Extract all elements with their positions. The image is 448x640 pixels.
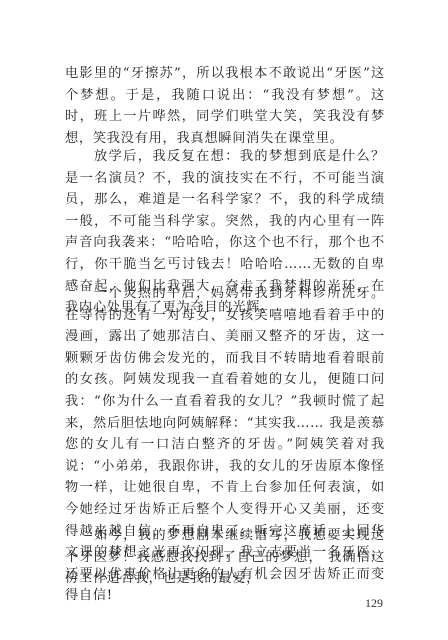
paragraph-continuation: 电影里的“牙擦苏”，所以我根本不敢说出“牙医”这个梦想。于是，我随口说出：“我没… — [65, 63, 385, 149]
paragraph-conclusion: 如今，我的梦想剧本继续谱写，我想要实现这个牙医梦！我感恩我找到了自己的梦想， 我… — [65, 525, 385, 590]
page-number: 129 — [365, 596, 383, 611]
document-page: 电影里的“牙擦苏”，所以我根本不敢说出“牙医”这个梦想。于是，我随口说出：“我没… — [0, 0, 448, 640]
